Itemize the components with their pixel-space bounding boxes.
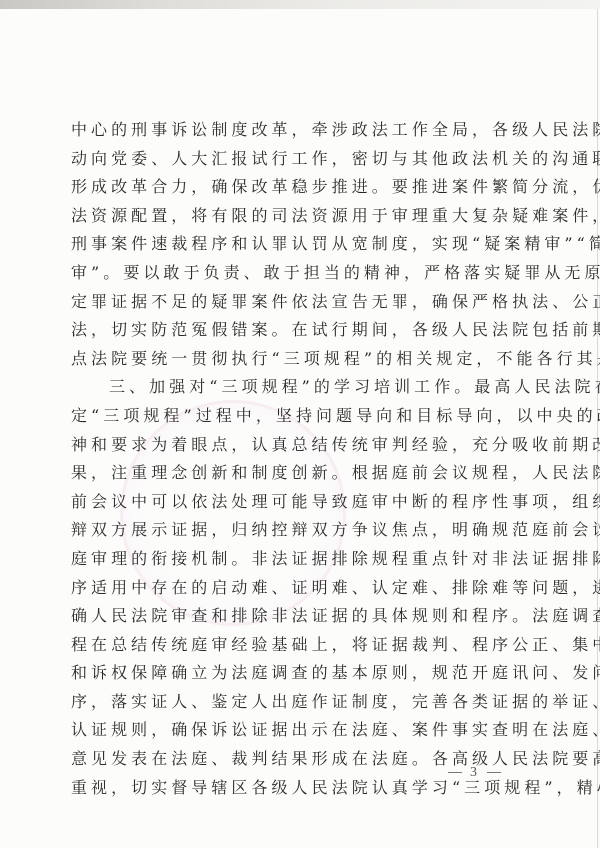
text-line: 认证规则，确保诉讼证据出示在法庭、案件事实查明在法庭、诉辩 xyxy=(71,716,541,745)
text-line: 中心的刑事诉讼制度改革，牵涉政法工作全局，各级人民法院要主 xyxy=(71,116,541,145)
section-heading-line: 三、加强对“三项规程”的学习培训工作。最高人民法院在制 xyxy=(71,373,541,402)
text-line: 形成改革合力，确保改革稳步推进。要推进案件繁简分流，优化司 xyxy=(71,173,541,202)
text-line: 庭审理的衔接机制。非法证据排除规程重点针对非法证据排除程 xyxy=(71,545,541,574)
text-line: 法，切实防范冤假错案。在试行期间，各级人民法院包括前期各试 xyxy=(71,316,541,345)
text-line: 定罪证据不足的疑罪案件依法宣告无罪，确保严格执法、公正司 xyxy=(71,288,541,317)
text-line: 确人民法院审查和排除非法证据的具体规则和程序。法庭调查规 xyxy=(71,602,541,631)
dash-left xyxy=(448,772,462,773)
scan-edge-strip xyxy=(0,0,600,9)
text-line: 程在总结传统庭审经验基础上，将证据裁判、程序公正、集中审理 xyxy=(71,631,541,660)
dash-right xyxy=(487,772,501,773)
page-number-value: 3 xyxy=(470,765,479,780)
text-line: 点法院要统一贯彻执行“三项规程”的相关规定，不能各行其是。 xyxy=(71,345,541,374)
text-line: 辩双方展示证据，归纳控辩双方争议焦点，明确规范庭前会议与法 xyxy=(71,516,541,545)
text-line: 前会议中可以依法处理可能导致庭审中断的程序性事项，组织控 xyxy=(71,488,541,517)
text-line: 和诉权保障确立为法庭调查的基本原则，规范开庭讯问、发问程 xyxy=(71,659,541,688)
text-line: 动向党委、人大汇报试行工作，密切与其他政法机关的沟通联系， xyxy=(71,145,541,174)
text-line: 序，落实证人、鉴定人出庭作证制度，完善各类证据的举证、质证、 xyxy=(71,688,541,717)
text-line: 审”。要以敢于负责、敢于担当的精神，严格落实疑罪从无原则，对 xyxy=(71,259,541,288)
text-line: 定“三项规程”过程中，坚持问题导向和目标导向，以中央的改革精 xyxy=(71,402,541,431)
text-line: 刑事案件速裁程序和认罪认罚从宽制度，实现“疑案精审”“简案快 xyxy=(71,230,541,259)
text-line: 序适用中存在的启动难、证明难、认定难、排除难等问题，进一步明 xyxy=(71,574,541,603)
document-body: 中心的刑事诉讼制度改革，牵涉政法工作全局，各级人民法院要主 动向党委、人大汇报试… xyxy=(71,116,541,802)
text-line: 果，注重理念创新和制度创新。根据庭前会议规程，人民法院在庭 xyxy=(71,459,541,488)
text-line: 法资源配置，将有限的司法资源用于审理重大复杂疑难案件，完善 xyxy=(71,202,541,231)
text-line: 神和要求为着眼点，认真总结传统审判经验，充分吸收前期改革成 xyxy=(71,431,541,460)
page-number: 3 xyxy=(440,765,509,781)
